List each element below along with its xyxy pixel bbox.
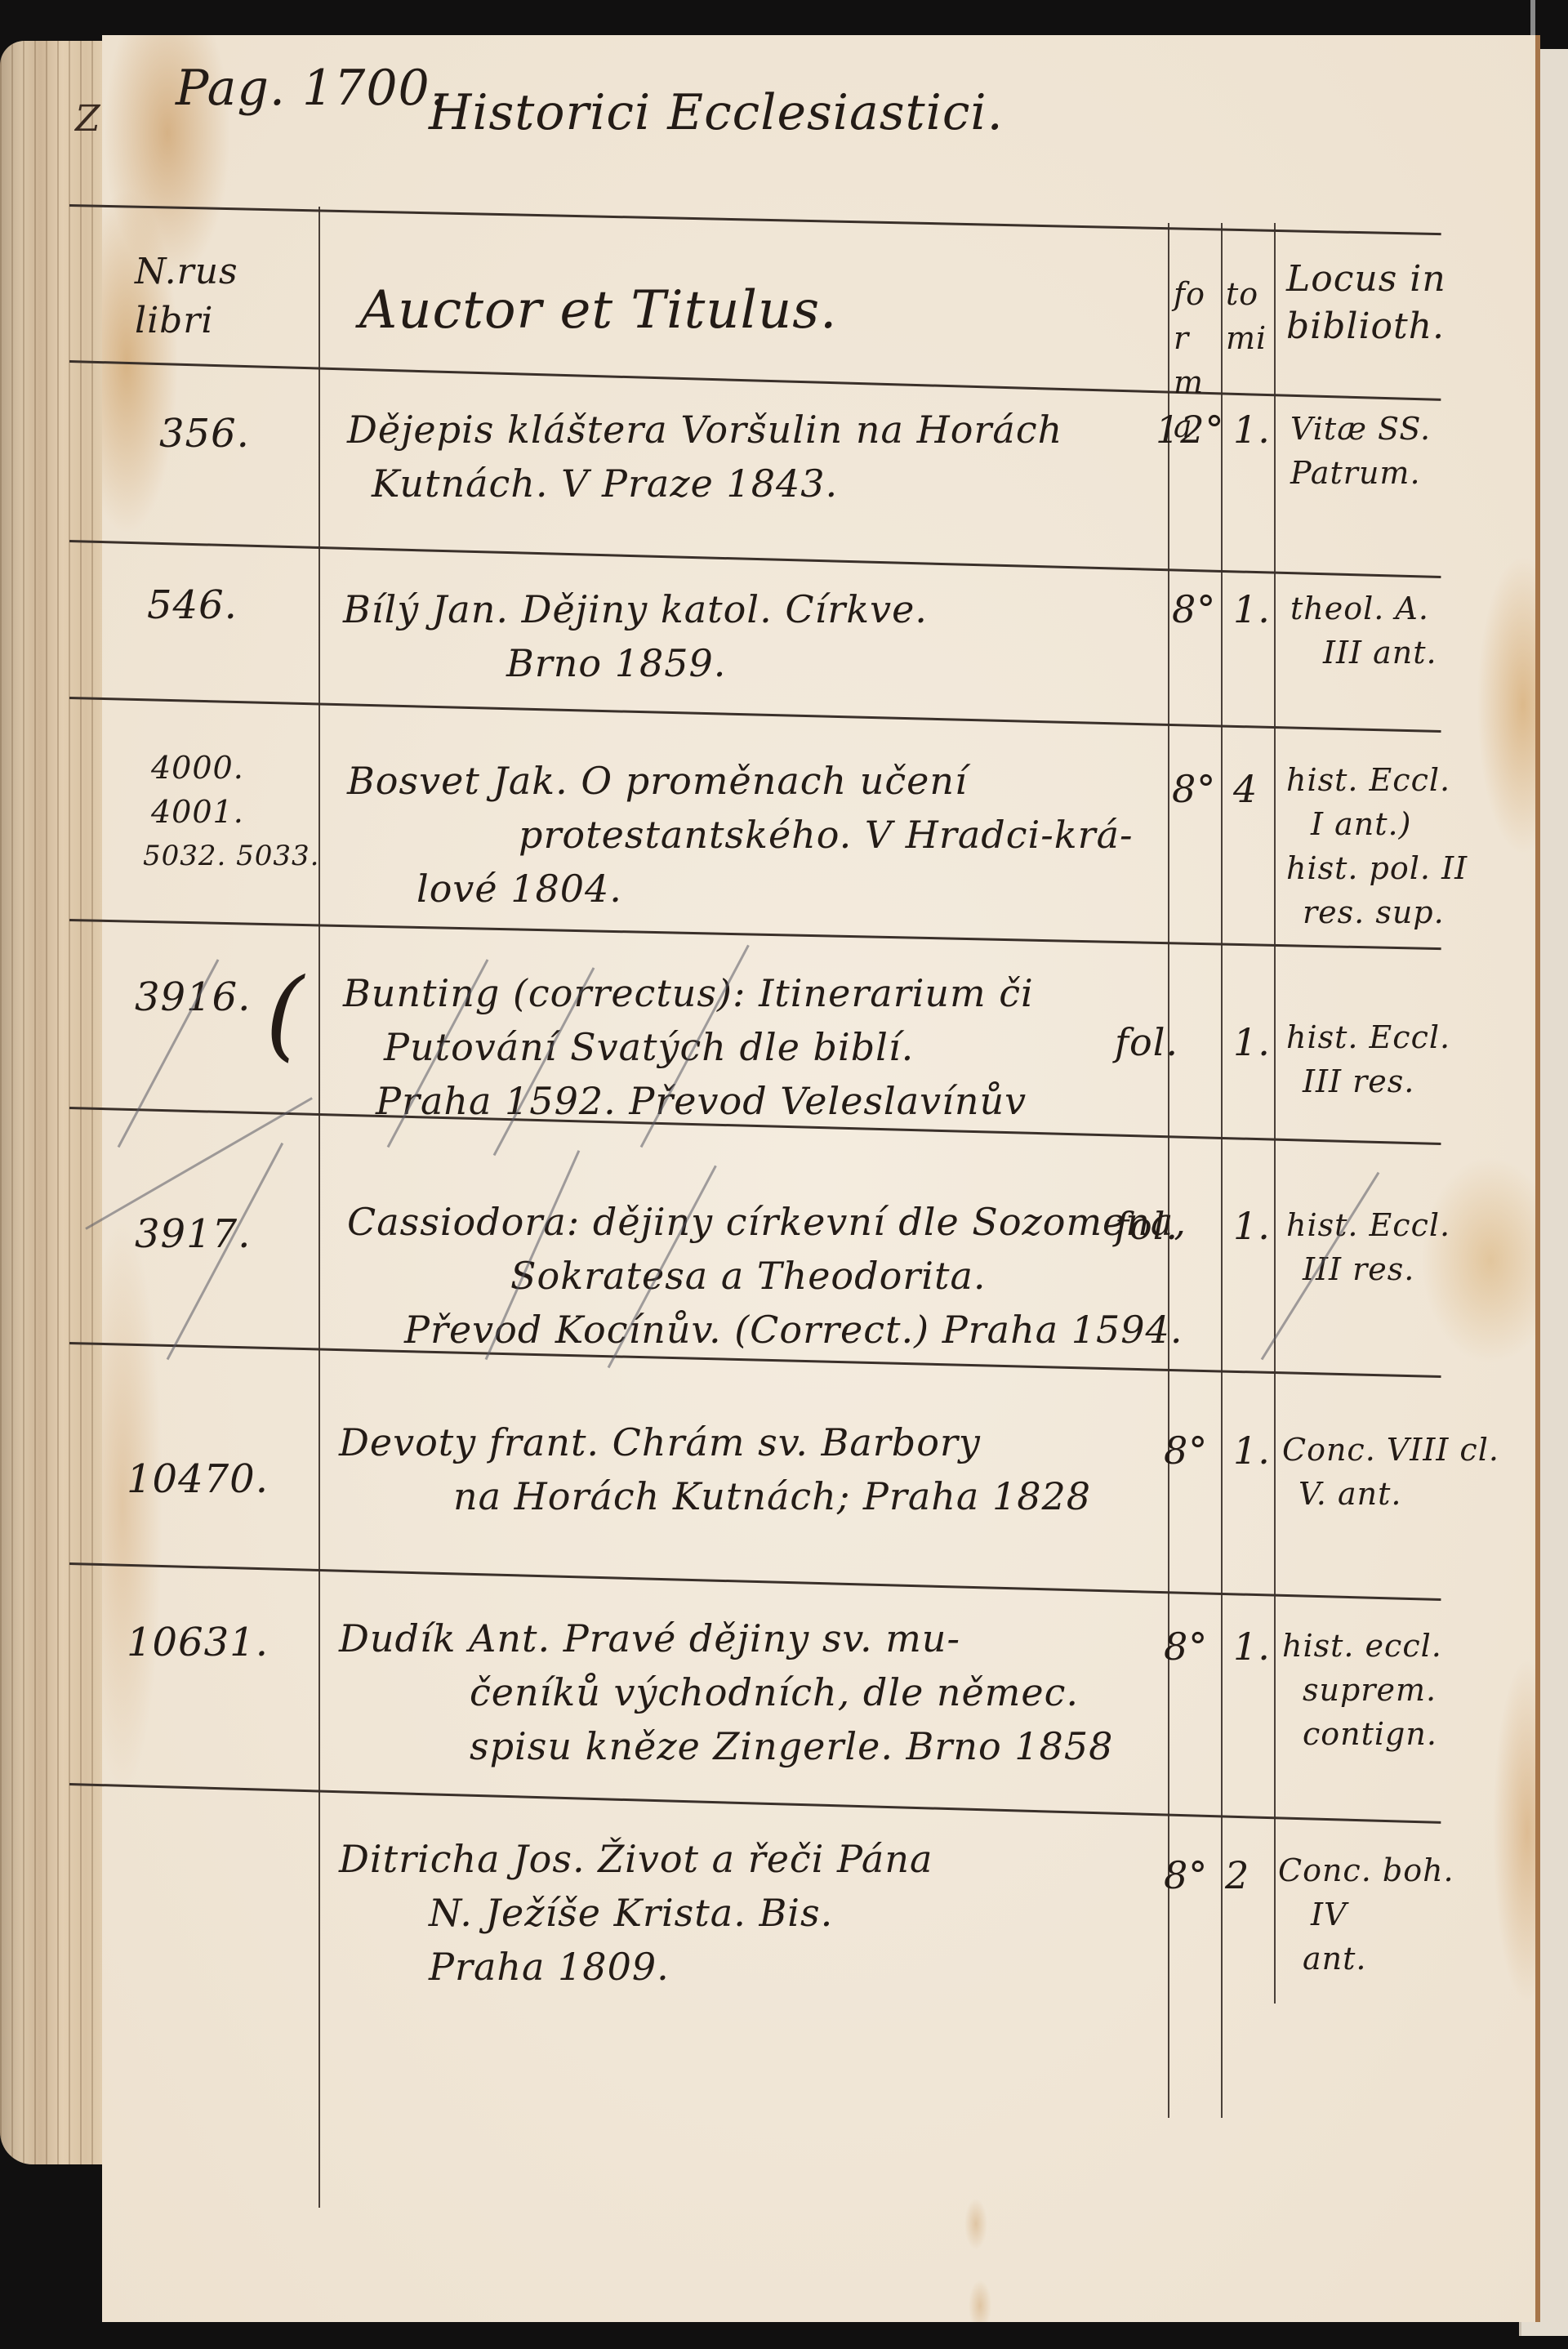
row-number: 4000. 4001. 5032. 5033. xyxy=(151,746,319,878)
row-location: Conc. VIII cl. V. ant. xyxy=(1282,1428,1499,1516)
row-format: 8° xyxy=(1164,1848,1208,1902)
row-format: 8° xyxy=(1172,762,1216,816)
row-text: Ditricha Jos. Život a řeči Pána N. Ježíš… xyxy=(339,1832,933,1994)
row-text: Bunting (correctus): Itinerarium či Puto… xyxy=(343,966,1034,1128)
stack-edge-mark: Z xyxy=(75,98,100,140)
header-volumes: tomi xyxy=(1226,272,1272,360)
page-number-label: Pag. 1700. xyxy=(176,60,447,117)
row-rule xyxy=(69,1783,1441,1824)
pencil-strike xyxy=(85,1097,313,1230)
row-text: Dudík Ant. Pravé dějiny sv. mu- čeníků v… xyxy=(339,1611,1113,1773)
row-volumes: 1. xyxy=(1233,1015,1271,1069)
row-text: Devoty frant. Chrám sv. Barbory na Horác… xyxy=(339,1415,1091,1523)
column-divider-number xyxy=(318,207,320,2208)
row-rule xyxy=(69,360,1441,401)
row-text: Bílý Jan. Dějiny katol. Církve. Brno 185… xyxy=(343,582,928,690)
column-divider-volumes xyxy=(1221,223,1223,2118)
row-location: hist. eccl. suprem. contign. xyxy=(1282,1624,1442,1756)
header-top-rule xyxy=(69,204,1441,235)
header-number: N.rus libri xyxy=(135,247,298,345)
header-location: Locus in biblioth. xyxy=(1286,256,1450,350)
row-format: 8° xyxy=(1164,1424,1208,1478)
row-volumes: 1. xyxy=(1233,1424,1271,1478)
row-rule xyxy=(69,919,1441,950)
row-format: fol. xyxy=(1115,1015,1178,1069)
row-text: Bosvet Jak. O proměnach učení protestant… xyxy=(347,754,1134,916)
row-text: Dějepis kláštera Voršulin na Horách Kutn… xyxy=(347,403,1062,510)
row-number: 546. xyxy=(147,582,238,628)
row-volumes: 1. xyxy=(1233,1199,1271,1253)
row-format: 8° xyxy=(1164,1620,1208,1674)
row-number: 356. xyxy=(159,411,250,457)
row-rule xyxy=(69,1562,1441,1601)
header-author-title: Auctor et Titulus. xyxy=(359,280,837,341)
row-location: Conc. boh. IV ant. xyxy=(1278,1848,1454,1981)
row-rule xyxy=(69,697,1441,733)
row-location: Vitæ SS. Patrum. xyxy=(1290,407,1431,495)
row-volumes: 2 xyxy=(1225,1848,1249,1902)
row-rule xyxy=(69,540,1441,578)
row-location: hist. Eccl. I ant.) hist. pol. II res. s… xyxy=(1286,758,1468,934)
row-number: 10631. xyxy=(127,1620,269,1665)
row-volumes: 1. xyxy=(1233,403,1271,457)
catalog-page: Pag. 1700. Historici Ecclesiastici. N.ru… xyxy=(102,35,1540,2322)
book-page-stack: Z xyxy=(0,41,114,2164)
row-location: theol. A. III ant. xyxy=(1290,586,1437,675)
row-format: 8° xyxy=(1172,582,1216,636)
row-format: fol. xyxy=(1115,1199,1178,1253)
row-volumes: 1. xyxy=(1233,582,1271,636)
row-volumes: 4 xyxy=(1233,762,1258,816)
column-divider-location xyxy=(1274,223,1276,2004)
section-title: Historici Ecclesiastici. xyxy=(429,84,1004,141)
bracket-mark: ( xyxy=(265,958,305,1072)
row-number: 10470. xyxy=(127,1456,269,1502)
column-divider-format xyxy=(1168,223,1169,2118)
row-number: 3916. xyxy=(135,974,251,1020)
row-location: hist. Eccl. III res. xyxy=(1286,1015,1450,1103)
row-text: Cassiodora: dějiny církevní dle Sozomena… xyxy=(347,1195,1187,1357)
row-volumes: 1. xyxy=(1233,1620,1271,1674)
row-format: 12° xyxy=(1156,403,1225,457)
